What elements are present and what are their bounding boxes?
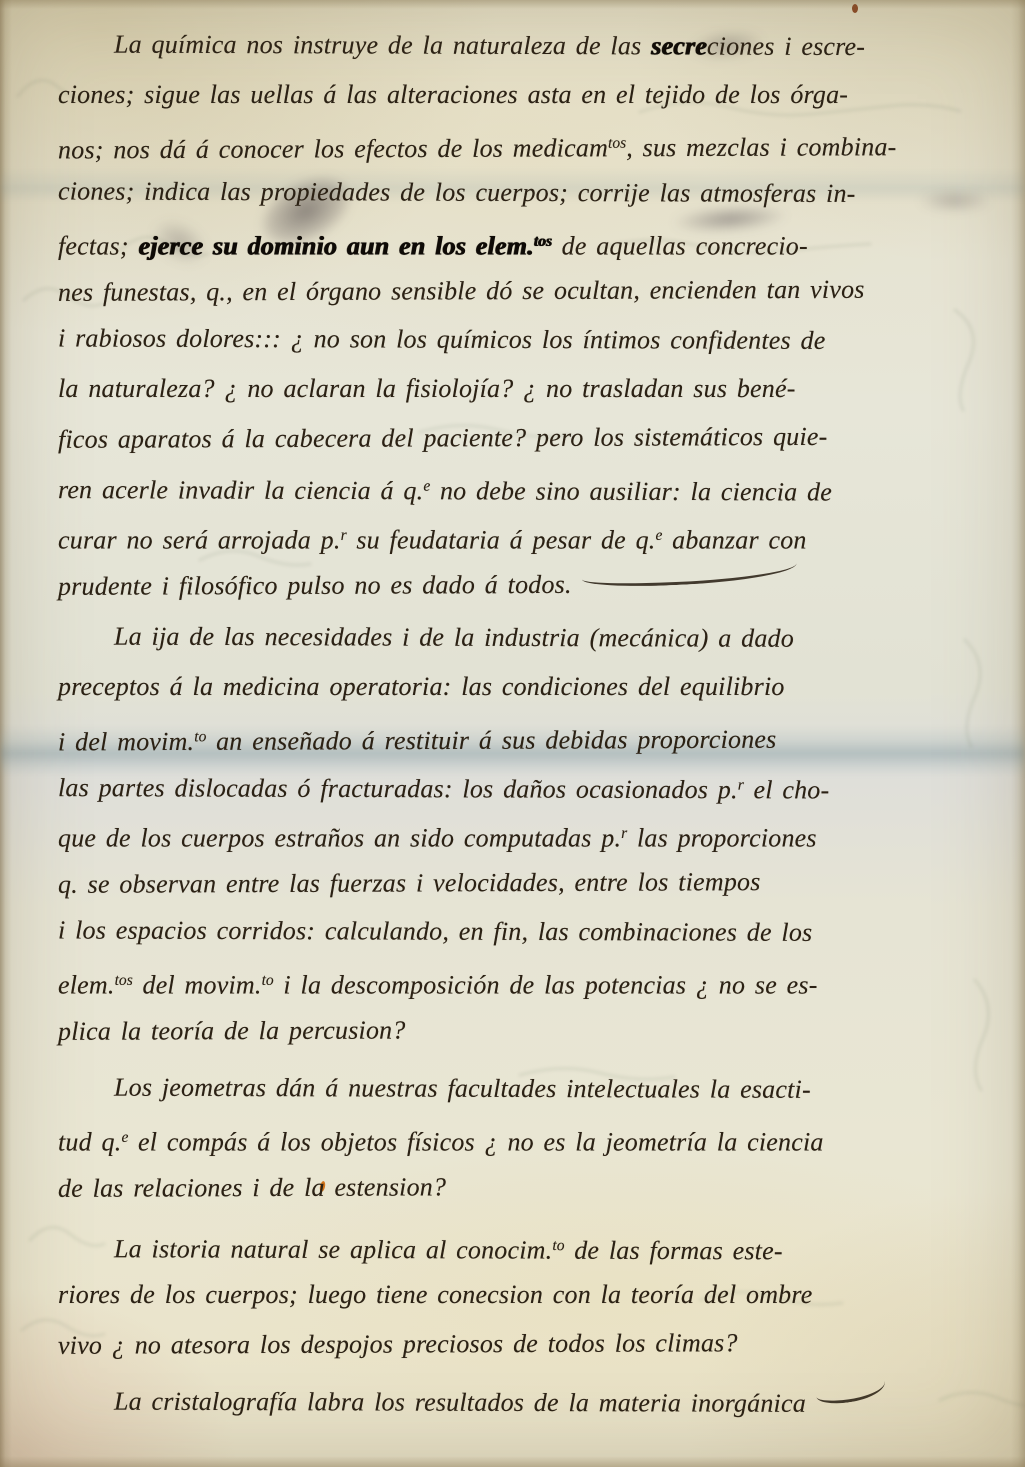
manuscript-line: ciones; indica las propiedades de los cu… — [58, 167, 1015, 219]
manuscript-line: ciones; sigue las uellas á las alteracio… — [58, 71, 1015, 120]
handwritten-text: ciones i escre- — [707, 32, 865, 61]
manuscript-line: La ija de las necesidades i de la indust… — [58, 612, 1015, 664]
handwritten-text: ciones; indica las propiedades de los cu… — [58, 176, 856, 208]
paper-edge-top — [0, 0, 1025, 9]
manuscript-line: La cristalografía labra los resultados d… — [58, 1377, 1015, 1429]
handwritten-text: q. se observan entre las fuerzas i veloc… — [58, 867, 761, 899]
manuscript-line: elem.tos del movim.to i la descomposició… — [58, 957, 1015, 1006]
handwritten-text: , sus mezclas i combina- — [626, 132, 896, 162]
handwritten-text: La ija de las necesidades i de la indust… — [114, 622, 794, 653]
manuscript-line: vivo ¿ no atesora los despojos preciosos… — [58, 1318, 1015, 1371]
handwritten-text: elem. — [58, 971, 115, 1000]
handwritten-text: el compás á los objetos físicos ¿ no es … — [128, 1128, 823, 1157]
manuscript-line: plica la teoría de la percusion? — [58, 1004, 1015, 1057]
manuscript-line: ficos aparatos á la cabecera del pacient… — [58, 412, 1015, 465]
manuscript-line: de las relaciones i de la estension? — [58, 1161, 1015, 1214]
handwritten-text: las partes dislocadas ó fracturadas: los… — [58, 773, 738, 804]
handwritten-text: i del movim. — [58, 727, 194, 757]
manuscript-line: q. se observan entre las fuerzas i veloc… — [58, 857, 1015, 910]
manuscript-page: La química nos instruye de la naturaleza… — [0, 0, 1025, 1467]
manuscript-line: La istoria natural se aplica al conocim.… — [58, 1220, 1015, 1272]
handwritten-text: ficos aparatos á la cabecera del pacient… — [58, 422, 828, 454]
manuscript-line: riores de los cuerpos; luego tiene conec… — [58, 1271, 1015, 1320]
handwritten-text: de aquellas concrecio- — [552, 232, 808, 261]
manuscript-line: tud q.e el compás á los objetos físicos … — [58, 1114, 1015, 1163]
pen-flourish — [581, 560, 797, 589]
manuscript-line: prudente i filosófico pulso no es dado á… — [58, 559, 1015, 612]
handwritten-text: to — [262, 972, 274, 989]
handwritten-text: Los jeometras dán á nuestras facultades … — [114, 1073, 811, 1104]
handwritten-text: tud q. — [58, 1128, 121, 1157]
handwritten-text: de las relaciones i de la estension? — [58, 1172, 446, 1202]
manuscript-line: nos; nos dá á conocer los efectos de los… — [58, 118, 1015, 171]
overwritten-text: secre — [651, 31, 707, 60]
handwritten-text: riores de los cuerpos; luego tiene conec… — [58, 1280, 812, 1309]
handwritten-text: curar no será arrojada p. — [58, 526, 341, 555]
handwritten-text: nes funestas, q., en el órgano sensible … — [58, 275, 865, 307]
handwritten-text: to — [552, 1237, 564, 1254]
handwritten-text: i la descomposición de las potencias ¿ n… — [274, 971, 818, 1000]
manuscript-text: La química nos instruye de la naturaleza… — [58, 22, 1015, 1428]
handwritten-text: fectas; — [58, 232, 138, 261]
handwritten-text: nos; nos dá á conocer los efectos de los… — [58, 133, 608, 164]
overwritten-text: ejerce su dominio aun en los elem. — [138, 232, 533, 261]
pen-flourish — [815, 1378, 887, 1406]
paper-edge-left — [0, 0, 12, 1467]
handwritten-text: tos — [115, 972, 133, 989]
handwritten-text: la naturaleza? ¿ no aclaran la fisiolojí… — [58, 374, 796, 403]
manuscript-line: ren acerle invadir la ciencia á q.e no d… — [58, 461, 1015, 513]
manuscript-line: i rabiosos dolores::: ¿ no son los quími… — [58, 314, 1015, 366]
handwritten-text: del movim. — [133, 971, 262, 1000]
handwritten-text: La cristalografía labra los resultados d… — [114, 1387, 806, 1418]
handwritten-text: el cho- — [744, 775, 830, 804]
handwritten-text: i rabiosos dolores::: ¿ no son los quími… — [58, 323, 826, 354]
overwritten-text: tos — [534, 233, 552, 250]
manuscript-line: curar no será arrojada p.r su feudataria… — [58, 512, 1015, 561]
handwritten-text: no debe sino ausiliar: la ciencia de — [430, 476, 832, 506]
manuscript-line: nes funestas, q., en el órgano sensible … — [58, 265, 1015, 318]
manuscript-line: que de los cuerpos estraños an sido comp… — [58, 810, 1015, 859]
manuscript-line: la naturaleza? ¿ no aclaran la fisiolojí… — [58, 365, 1015, 414]
handwritten-text: su feudataria á pesar de q. — [347, 526, 656, 555]
manuscript-line: La química nos instruye de la naturaleza… — [58, 20, 1015, 72]
handwritten-text: que de los cuerpos estraños an sido comp… — [58, 824, 621, 853]
manuscript-line: preceptos á la medicina operatoria: las … — [58, 663, 1015, 712]
handwritten-text: plica la teoría de la percusion? — [58, 1016, 406, 1046]
handwritten-text: La istoria natural se aplica al conocim. — [114, 1234, 552, 1264]
handwritten-text: an enseñado á restituir á sus debidas pr… — [206, 725, 776, 756]
handwritten-text: preceptos á la medicina operatoria: las … — [58, 672, 785, 701]
handwritten-text: i los espacios corridos: calculando, en … — [58, 915, 812, 946]
manuscript-line: i los espacios corridos: calculando, en … — [58, 906, 1015, 958]
manuscript-line: fectas; ejerce su dominio aun en los ele… — [58, 218, 1015, 267]
handwritten-text: tos — [608, 135, 626, 152]
handwritten-text: abanzar con — [662, 526, 806, 555]
manuscript-line: Los jeometras dán á nuestras facultades … — [58, 1063, 1015, 1115]
handwritten-text: las proporciones — [627, 824, 816, 853]
handwritten-text: vivo ¿ no atesora los despojos preciosos… — [58, 1328, 738, 1360]
manuscript-line: las partes dislocadas ó fracturadas: los… — [58, 759, 1015, 811]
handwritten-text: ciones; sigue las uellas á las alteracio… — [58, 80, 848, 109]
handwritten-text: to — [194, 728, 206, 745]
handwritten-text: de las formas este- — [564, 1236, 782, 1266]
handwritten-text: La química nos instruye de la naturaleza… — [114, 30, 651, 61]
foxing-speck — [852, 4, 858, 13]
handwritten-text: ren acerle invadir la ciencia á q. — [58, 475, 423, 505]
handwritten-text: prudente i filosófico pulso no es dado á… — [58, 570, 572, 601]
paper-edge-bottom — [0, 1456, 1025, 1467]
manuscript-line: i del movim.to an enseñado á restituir á… — [58, 710, 1015, 763]
